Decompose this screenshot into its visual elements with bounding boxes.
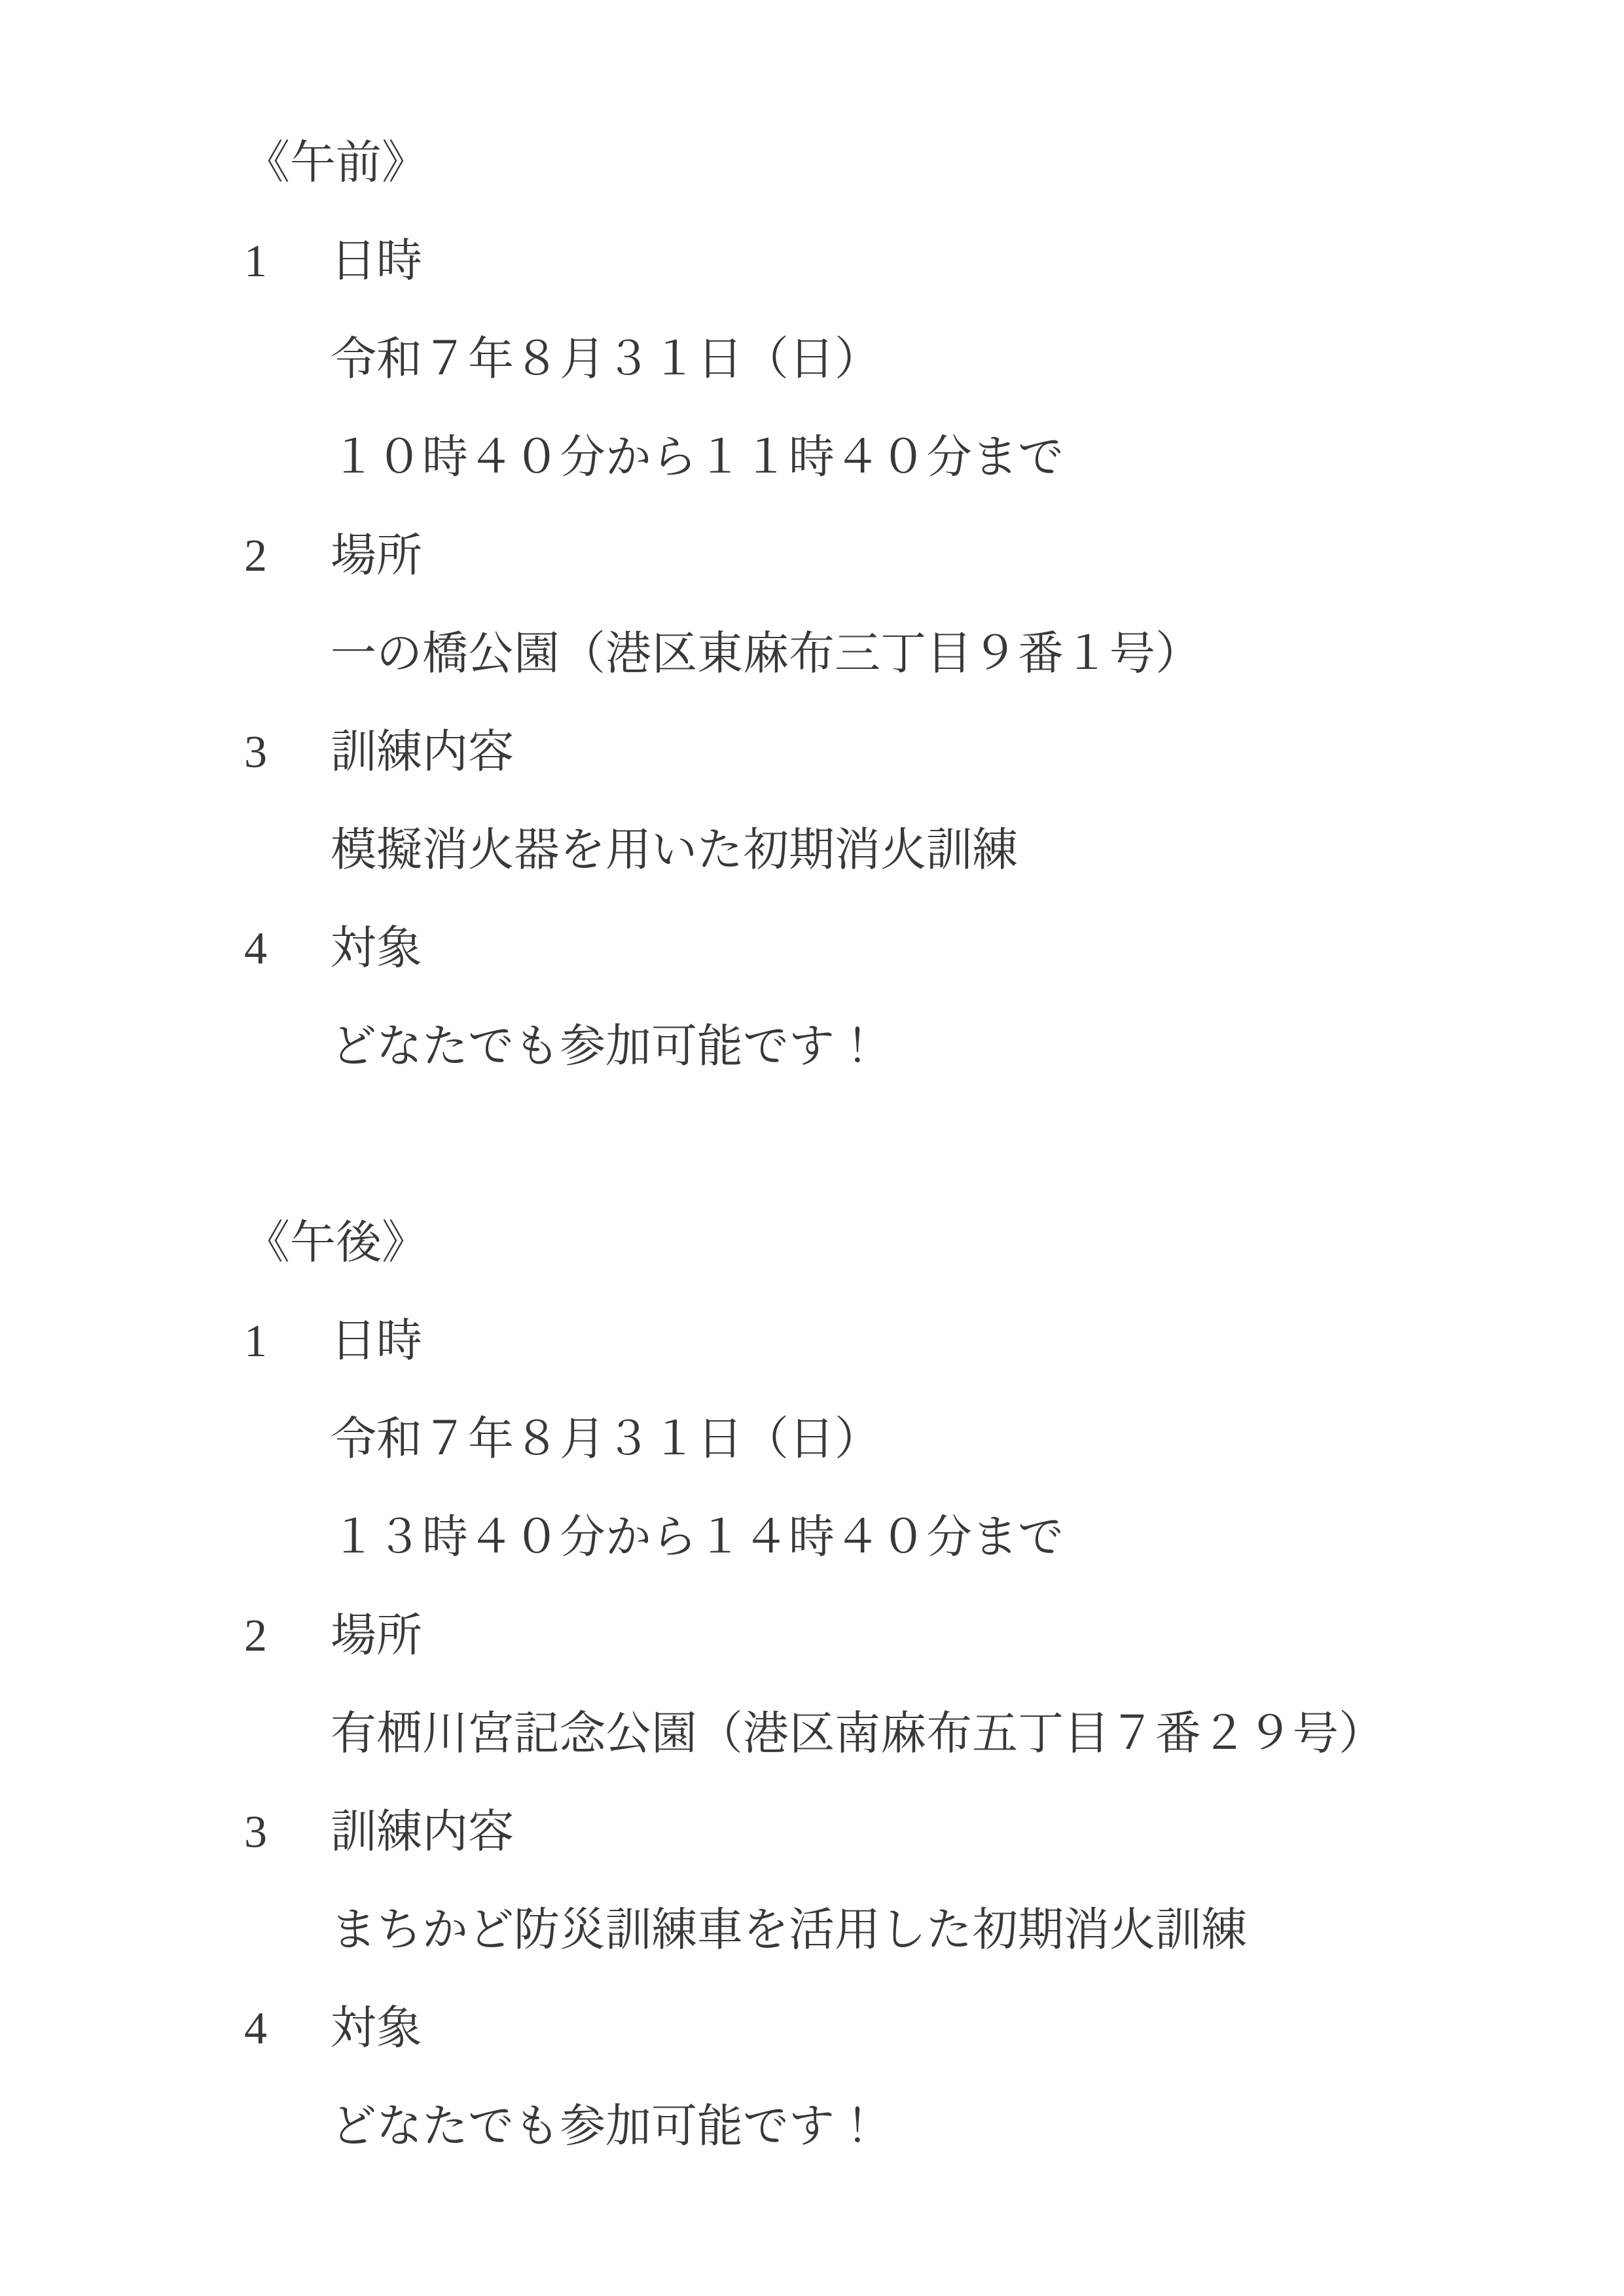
item-line: 4対象 bbox=[244, 900, 1532, 998]
section-afternoon: 《午後》 1日時 令和７年８月３１日（日） １３時４０分から１４時４０分まで 2… bbox=[244, 1194, 1532, 2176]
item-line: 1日時 bbox=[244, 1293, 1532, 1391]
item-label: 訓練内容 bbox=[331, 727, 514, 778]
item-detail: どなたでも参加可能です！ bbox=[244, 998, 1532, 1096]
item-detail: どなたでも参加可能です！ bbox=[244, 2078, 1532, 2176]
item-label: 対象 bbox=[331, 924, 422, 974]
item-number: 3 bbox=[244, 704, 331, 802]
item-number: 4 bbox=[244, 900, 331, 998]
item-detail: 令和７年８月３１日（日） bbox=[244, 1391, 1532, 1489]
item-detail: 有栖川宮記念公園（港区南麻布五丁目７番２９号） bbox=[244, 1685, 1532, 1784]
item-detail: １３時４０分から１４時４０分まで bbox=[244, 1489, 1532, 1587]
item-label: 訓練内容 bbox=[331, 1807, 514, 1857]
item-number: 3 bbox=[244, 1784, 331, 1882]
item-label: 対象 bbox=[331, 2003, 422, 2054]
item-number: 1 bbox=[244, 1293, 331, 1391]
item-detail: まちかど防災訓練車を活用した初期消火訓練 bbox=[244, 1882, 1532, 1980]
document-page: 《午前》 1日時 令和７年８月３１日（日） １０時４０分から１１時４０分まで 2… bbox=[0, 0, 1624, 2296]
item-label: 日時 bbox=[331, 236, 422, 287]
item-label: 場所 bbox=[331, 1611, 422, 1661]
item-number: 4 bbox=[244, 1980, 331, 2078]
item-number: 2 bbox=[244, 1587, 331, 1685]
item-line: 3訓練内容 bbox=[244, 1784, 1532, 1882]
item-detail: 模擬消火器を用いた初期消火訓練 bbox=[244, 802, 1532, 900]
item-detail: 一の橋公園（港区東麻布三丁目９番１号） bbox=[244, 605, 1532, 704]
item-detail: 令和７年８月３１日（日） bbox=[244, 311, 1532, 409]
section-heading: 《午後》 bbox=[244, 1194, 1532, 1293]
item-line: 3訓練内容 bbox=[244, 704, 1532, 802]
item-label: 日時 bbox=[331, 1316, 422, 1367]
item-line: 2場所 bbox=[244, 1587, 1532, 1685]
item-line: 1日時 bbox=[244, 213, 1532, 311]
item-line: 2場所 bbox=[244, 507, 1532, 605]
item-label: 場所 bbox=[331, 531, 422, 581]
item-number: 2 bbox=[244, 507, 331, 605]
item-number: 1 bbox=[244, 213, 331, 311]
section-morning: 《午前》 1日時 令和７年８月３１日（日） １０時４０分から１１時４０分まで 2… bbox=[244, 115, 1532, 1096]
item-line: 4対象 bbox=[244, 1980, 1532, 2078]
item-detail: １０時４０分から１１時４０分まで bbox=[244, 409, 1532, 507]
section-heading: 《午前》 bbox=[244, 115, 1532, 213]
